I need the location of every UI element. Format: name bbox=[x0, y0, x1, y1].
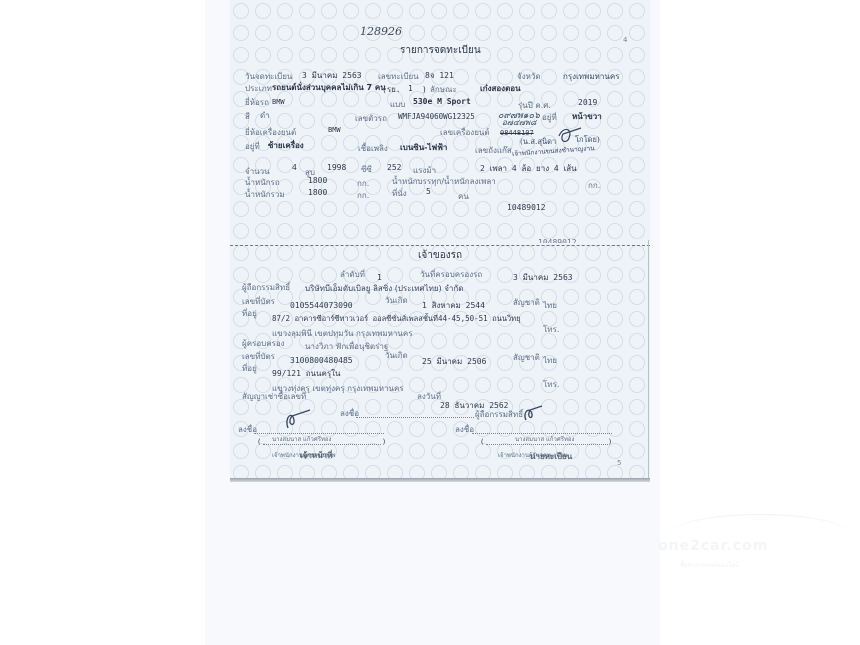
owner-nationality-label: สัญชาติ bbox=[513, 298, 540, 308]
rs-suffix: ) bbox=[422, 85, 427, 95]
holder-dob-value: 25 มีนาคม 2506 bbox=[422, 357, 486, 367]
body-label: ลักษณะ bbox=[430, 85, 457, 95]
holder-address-line1: 99/121 ถนนครุใน bbox=[272, 369, 341, 379]
brand-label: ยี่ห้อรถ bbox=[245, 98, 269, 108]
site-watermark: one2car.com ซื้อขายรถยนต์ออนไลน์ bbox=[650, 510, 860, 580]
officer-signature-icon bbox=[555, 124, 585, 146]
page-number-bottom: 5 bbox=[617, 458, 621, 468]
weight-value: 1800 bbox=[308, 176, 327, 186]
province-label: จังหวัด bbox=[517, 72, 541, 82]
document-number-torn: 10489012 bbox=[538, 238, 577, 248]
gas-tank-label: เลขถังแก๊ส bbox=[475, 146, 512, 156]
cc-unit: ซีซี bbox=[361, 165, 372, 175]
vehicle-registration-form: 128926 4 รายการจดทะเบียน วันจดทะเบียน 3 … bbox=[230, 0, 650, 480]
page-number-top: 4 bbox=[623, 35, 627, 45]
plate-value: 8จ 121 bbox=[425, 71, 454, 81]
chassis-value: WMFJA94060WG12325 bbox=[398, 112, 475, 122]
model-label: แบบ bbox=[390, 100, 405, 110]
load-unit: กก. bbox=[588, 181, 600, 191]
holder-id-label: เลขที่บัตร bbox=[242, 352, 275, 362]
owner-address-line1: 87/2 อาคารซีอาร์ซีทาวเวอร์ ออลซีซั่นส์เพ… bbox=[272, 314, 521, 324]
holder-name: นางวิภา ฟักเพื่อนุชิตร่าฐ bbox=[305, 342, 388, 352]
owner-label: ผู้ถือกรรมสิทธิ์ bbox=[242, 283, 290, 293]
possession-date-value: 3 มีนาคม 2563 bbox=[513, 273, 573, 283]
owner-id-label: เลขที่บัตร bbox=[242, 297, 275, 307]
seats-label: ที่นั่ง bbox=[392, 189, 407, 199]
fuel-value: เบนซิน-ไฟฟ้า bbox=[400, 143, 447, 153]
engine-location-value: ซ้ายเครื่อง bbox=[268, 141, 304, 151]
left-paren-close: ) bbox=[382, 437, 386, 447]
engine-brand-value: BMW bbox=[328, 125, 341, 135]
watermark-text: one2car.com bbox=[658, 538, 768, 554]
gross-weight-unit: กก. bbox=[357, 191, 369, 201]
color-label: สี bbox=[245, 112, 250, 122]
section-title-owner: เจ้าของรถ bbox=[418, 251, 462, 261]
weight-unit: กก. bbox=[357, 179, 369, 189]
hp-value: 252 bbox=[387, 163, 401, 173]
chassis-location-label: อยู่ที่ bbox=[542, 113, 557, 123]
gross-weight-label: น้ำหนักรวม bbox=[245, 190, 285, 200]
chassis-location-value: หน้าขวา bbox=[572, 112, 602, 122]
type-value: รถยนต์นั่งส่วนบุคคลไม่เกิน 7 คน bbox=[272, 83, 386, 93]
reg-date-label: วันจดทะเบียน bbox=[245, 72, 292, 82]
cylinders-value: 4 bbox=[292, 163, 297, 173]
holder-address-label: ที่อยู่ bbox=[242, 364, 257, 374]
owner-dob-label: วันเกิด bbox=[385, 296, 408, 306]
color-value: ดำ bbox=[260, 111, 270, 121]
body-value: เก๋งสองตอน bbox=[480, 84, 521, 94]
owner-sign-line bbox=[356, 417, 474, 418]
engine-location-label: อยู่ที่ bbox=[245, 142, 260, 152]
page-edge bbox=[648, 240, 649, 480]
gross-weight-value: 1800 bbox=[308, 188, 327, 198]
owner-id-value: 0105544073090 bbox=[290, 301, 353, 311]
serial-number-handwritten: 128926 bbox=[360, 27, 402, 37]
engine-number-label: เลขเครื่องยนต์ bbox=[440, 128, 490, 138]
owner-address-line2: แขวงลุมพินี เขตปทุมวัน กรุงเทพมหานคร bbox=[272, 329, 413, 339]
right-name-line bbox=[486, 444, 608, 445]
lease-date-label: ลงวันที่ bbox=[417, 392, 441, 402]
holder-id-value: 3100800480485 bbox=[290, 356, 353, 366]
left-paren-open: ( bbox=[257, 437, 261, 447]
holder-nationality-label: สัญชาติ bbox=[513, 353, 540, 363]
right-paren-close: ) bbox=[608, 437, 612, 447]
fuel-label: เชื้อเพลิง bbox=[358, 144, 388, 154]
engine-brand-label: ยี่ห้อเครื่องยนต์ bbox=[245, 128, 296, 138]
watermark-subtext: ซื้อขายรถยนต์ออนไลน์ bbox=[680, 560, 739, 570]
owner-dob-value: 1 สิงหาคม 2544 bbox=[422, 301, 485, 311]
type-label: ประเภท bbox=[245, 84, 272, 94]
chassis-label: เลขตัวรถ bbox=[355, 114, 387, 124]
left-officer-role-stamp: เจ้าหน้าที่ bbox=[300, 451, 332, 461]
brand-value: BMW bbox=[272, 97, 285, 107]
cc-value: 1998 bbox=[327, 163, 346, 173]
right-sign-line bbox=[472, 433, 612, 434]
owner-sign-role: ผู้ถือกรรมสิทธิ์ bbox=[475, 410, 523, 420]
owner-name: บริษัทบีเอ็มดับเบิลยู ลิสซิ่ง (ประเทศไทย… bbox=[305, 284, 463, 294]
owner-nationality-value: ไทย bbox=[543, 301, 557, 311]
province-value: กรุงเทพมหานคร bbox=[563, 72, 619, 82]
seats-unit: คน bbox=[458, 192, 469, 202]
rs-value: 1 bbox=[408, 84, 413, 94]
plate-label: เลขทะเบียน bbox=[378, 72, 419, 82]
lease-contract-label: สัญญาเช่าซื้อเลขที่ bbox=[242, 392, 306, 402]
right-officer-role-stamp: นายทะเบียน bbox=[530, 452, 572, 462]
holder-label: ผู้ครอบครอง bbox=[242, 339, 285, 349]
document-number: 10489012 bbox=[507, 203, 546, 213]
owner-signature-icon bbox=[520, 404, 546, 422]
left-officer-signature-icon bbox=[282, 408, 312, 430]
holder-nationality-value: ไทย bbox=[543, 356, 557, 366]
sequence-value: 1 bbox=[377, 273, 382, 283]
section-title-registration: รายการจดทะเบียน bbox=[400, 46, 481, 56]
owner-address-label: ที่อยู่ bbox=[242, 309, 257, 319]
seats-value: 5 bbox=[426, 187, 431, 197]
rs-prefix: (รย. bbox=[382, 85, 401, 95]
left-sign-line bbox=[254, 433, 384, 434]
holder-tel-label: โทร. bbox=[543, 380, 559, 390]
possession-date-label: วันที่ครอบครองรถ bbox=[420, 270, 482, 280]
right-paren-open: ( bbox=[480, 437, 484, 447]
model-value: 530e M Sport bbox=[413, 97, 471, 107]
model-year-value: 2019 bbox=[578, 98, 597, 108]
load-label: น้ำหนักบรรทุก/น้ำหนักลงเพลา bbox=[392, 177, 496, 187]
hp-unit: แรงม้า bbox=[413, 166, 436, 176]
axles-wheels-value: 2 เพลา 4 ล้อ ยาง 4 เส้น bbox=[480, 164, 577, 174]
holder-dob-label: วันเกิด bbox=[385, 351, 408, 361]
perforation-line bbox=[230, 245, 650, 246]
form-bottom-edge bbox=[230, 478, 650, 482]
reg-date-value: 3 มีนาคม 2563 bbox=[302, 71, 362, 81]
owner-tel-label: โทร. bbox=[543, 325, 559, 335]
sequence-label: ลำดับที่ bbox=[340, 270, 365, 280]
left-name-line bbox=[263, 444, 381, 445]
cylinders-label: จำนวน bbox=[245, 167, 270, 177]
weight-label: น้ำหนักรถ bbox=[245, 178, 280, 188]
